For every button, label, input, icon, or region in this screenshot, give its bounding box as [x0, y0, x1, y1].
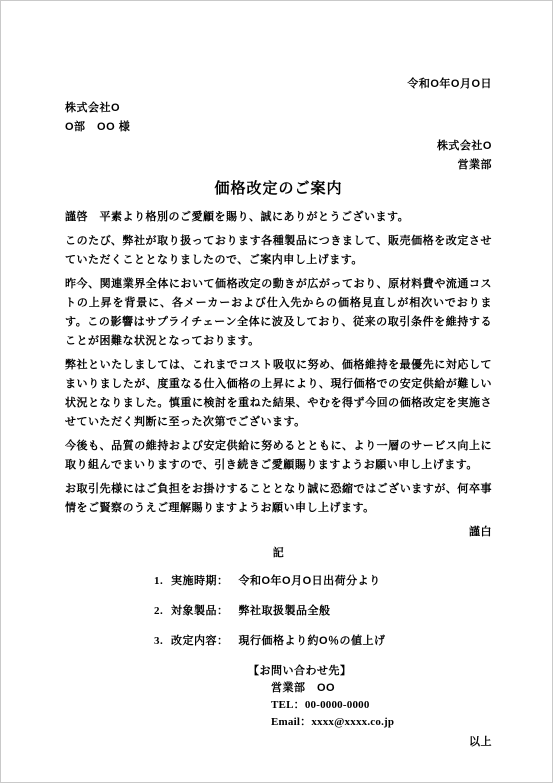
item-number: 2. [154, 602, 167, 621]
item-number: 1. [154, 572, 167, 591]
list-item-schedule: 1.実施時期：令和O年O月O日出荷分より [154, 572, 492, 591]
recipient-company: 株式会社O [65, 99, 492, 118]
list-item-revision-content: 3.改定内容：現行価格より約O％の値上げ [154, 632, 492, 651]
body-paragraph-commitment: 今後も、品質の維持および安定供給に努めるとともに、より一層のサービス向上に取り組… [65, 437, 492, 475]
tel-value: 00-0000-0000 [305, 699, 370, 711]
record-marker: 記 [65, 544, 492, 563]
document-title: 価格改定のご案内 [65, 179, 492, 199]
contact-email-line: Email：xxxx@xxxx.co.jp [271, 714, 492, 731]
sender-department: 営業部 [65, 156, 492, 175]
item-number: 3. [154, 632, 167, 651]
contact-person: 営業部 OO [271, 680, 492, 697]
body-paragraph-decision: 弊社といたしましては、これまでコスト吸収に努め、価格維持を最優先に対応してまいり… [65, 356, 492, 432]
document-page: 令和O年O月O日 株式会社O O部 OO 様 株式会社O 営業部 価格改定のご案… [0, 0, 553, 783]
email-label: Email： [271, 716, 311, 728]
item-label: 実施時期： [171, 575, 229, 587]
sender-company: 株式会社O [65, 137, 492, 156]
item-value: 令和O年O月O日出荷分より [239, 575, 381, 587]
contact-tel-line: TEL：00-0000-0000 [271, 697, 492, 714]
body-paragraph-greeting: 謹啓 平素より格別のご愛顧を賜り、誠にありがとうございます。 [65, 208, 492, 227]
contact-heading: 【お問い合わせ先】 [248, 663, 492, 680]
sender-block: 株式会社O 営業部 [65, 137, 492, 175]
closing-word: 謹白 [65, 523, 492, 542]
issue-date: 令和O年O月O日 [65, 75, 492, 94]
body-paragraph-announcement: このたび、弊社が取り扱っております各種製品につきまして、販売価格を改定させていた… [65, 232, 492, 270]
notice-list: 1.実施時期：令和O年O月O日出荷分より 2.対象製品：弊社取扱製品全般 3.改… [154, 572, 492, 651]
item-label: 対象製品： [171, 605, 229, 617]
item-value: 現行価格より約O％の値上げ [239, 635, 386, 647]
item-value: 弊社取扱製品全般 [239, 605, 331, 617]
body-paragraph-background: 昨今、関連業界全体において価格改定の動きが広がっており、原材料費や流通コストの上… [65, 275, 492, 351]
recipient-block: 株式会社O O部 OO 様 [65, 99, 492, 137]
item-label: 改定内容： [171, 635, 229, 647]
email-value: xxxx@xxxx.co.jp [311, 716, 394, 728]
tel-label: TEL： [271, 699, 305, 711]
body-paragraph-apology: お取引先様にはご負担をお掛けすることとなり誠に恐縮ではございますが、何卒事情をご… [65, 480, 492, 518]
contact-block: 【お問い合わせ先】 営業部 OO TEL：00-0000-0000 Email：… [65, 663, 492, 731]
list-item-target-products: 2.対象製品：弊社取扱製品全般 [154, 602, 492, 621]
end-marker: 以上 [65, 733, 492, 752]
recipient-person: O部 OO 様 [65, 118, 492, 137]
